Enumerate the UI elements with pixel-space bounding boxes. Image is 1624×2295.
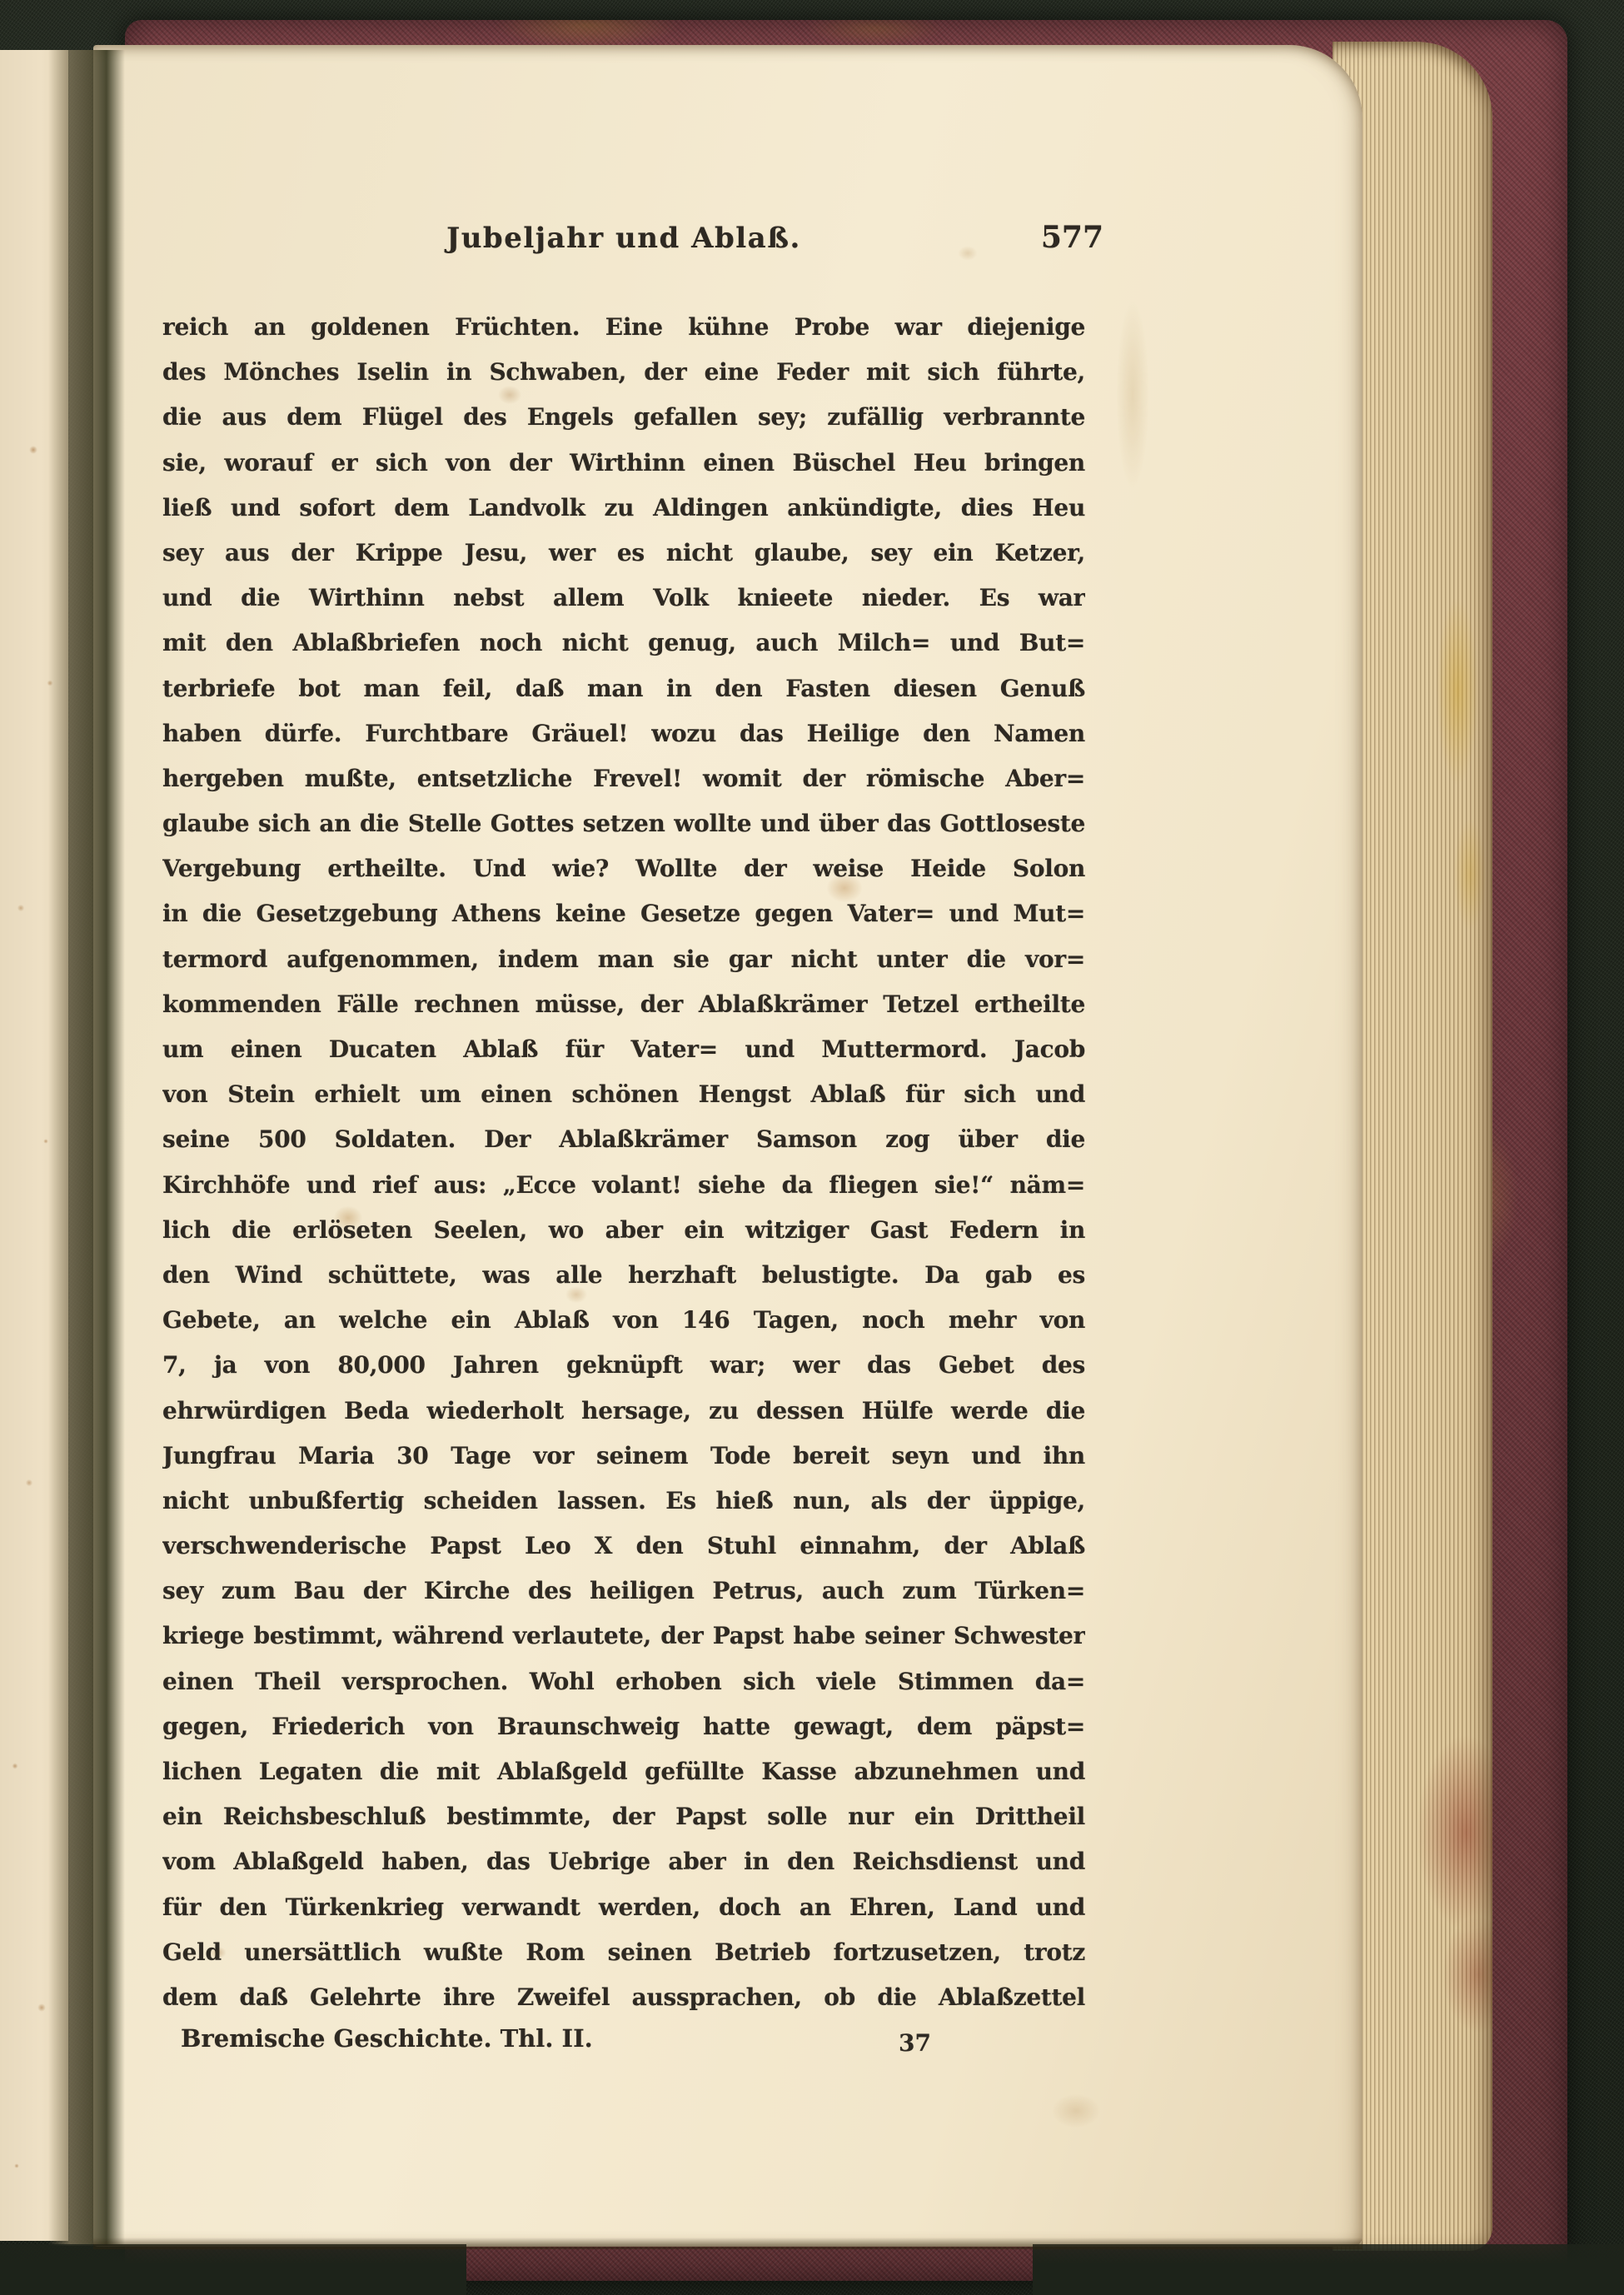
page-number: 577 [1041,220,1103,255]
text-line: mit den Ablaßbriefen noch nicht genug, a… [162,621,1085,666]
text-line: kriege bestimmt, während verlautete, der… [162,1614,1085,1659]
text-line: und die Wirthinn nebst allem Volk knieet… [162,576,1085,621]
text-line: vom Ablaßgeld haben, das Uebrige aber in… [162,1839,1085,1884]
text-line: hergeben mußte, entsetzliche Frevel! wom… [162,756,1085,801]
text-line: verschwenderische Papst Leo X den Stuhl … [162,1524,1085,1569]
text-line: Geld unersättlich wußte Rom seinen Betri… [162,1930,1085,1975]
body-text: reich an goldenen Früchten. Eine kühne P… [162,305,1085,2020]
page-bottom-shadow [93,2238,1362,2249]
text-line: sie, worauf er sich von der Wirthinn ein… [162,441,1085,486]
text-line: für den Türkenkrieg verwandt werden, doc… [162,1885,1085,1930]
backdrop-bottom-right [1033,2244,1624,2295]
text-line: einen Theil versprochen. Wohl erhoben si… [162,1659,1085,1704]
running-head: Jubeljahr und Ablaß. 577 [162,222,1085,265]
text-line: gegen, Friederich von Braunschweig hatte… [162,1704,1085,1749]
footer-work-title: Bremische Geschichte. Thl. II. [181,2024,593,2053]
text-line: ein Reichsbeschluß bestimmte, der Papst … [162,1794,1085,1839]
text-line: kommenden Fälle rechnen müsse, der Ablaß… [162,982,1085,1027]
text-line: Gebete, an welche ein Ablaß von 146 Tage… [162,1298,1085,1343]
signature-mark: 37 [899,2029,931,2057]
text-line: des Mönches Iselin in Schwaben, der eine… [162,350,1085,395]
text-line: Jungfrau Maria 30 Tage vor seinem Tode b… [162,1434,1085,1479]
text-line: terbriefe bot man feil, daß man in den F… [162,666,1085,711]
page-content: Jubeljahr und Ablaß. 577 reich an golden… [162,0,1085,2295]
text-line: sey aus der Krippe Jesu, wer es nicht gl… [162,531,1085,576]
text-line: Kirchhöfe und rief aus: „Ecce volant! si… [162,1163,1085,1208]
text-line: termord aufgenommen, indem man sie gar n… [162,937,1085,982]
text-line: ehrwürdigen Beda wiederholt hersage, zu … [162,1389,1085,1434]
text-line: dem daß Gelehrte ihre Zweifel aussprache… [162,1975,1085,2020]
text-line: 7, ja von 80,000 Jahren geknüpft war; we… [162,1343,1085,1388]
text-line: lich die erlöseten Seelen, wo aber ein w… [162,1208,1085,1253]
text-line: von Stein erhielt um einen schönen Hengs… [162,1072,1085,1117]
facing-page-sliver [0,50,68,2241]
running-head-title: Jubeljahr und Ablaß. [162,222,1085,255]
text-line: sey zum Bau der Kirche des heiligen Petr… [162,1569,1085,1614]
backdrop-bottom-left [0,2244,466,2295]
text-line: haben dürfe. Furchtbare Gräuel! wozu das… [162,711,1085,756]
page-footer: Bremische Geschichte. Thl. II. 37 [162,2024,1085,2066]
text-line: nicht unbußfertig scheiden lassen. Es hi… [162,1479,1085,1524]
text-line: lichen Legaten die mit Ablaßgeld gefüllt… [162,1749,1085,1794]
text-line: die aus dem Flügel des Engels gefallen s… [162,395,1085,440]
text-line: den Wind schüttete, was alle herzhaft be… [162,1253,1085,1298]
text-line: Vergebung ertheilte. Und wie? Wollte der… [162,846,1085,891]
text-line: um einen Ducaten Ablaß für Vater= und Mu… [162,1027,1085,1072]
text-line: glaube sich an die Stelle Gottes setzen … [162,801,1085,846]
text-line: seine 500 Soldaten. Der Ablaßkrämer Sams… [162,1117,1085,1162]
text-line: reich an goldenen Früchten. Eine kühne P… [162,305,1085,350]
text-line: in die Gesetzgebung Athens keine Gesetze… [162,891,1085,936]
text-line: ließ und sofort dem Landvolk zu Aldingen… [162,486,1085,531]
